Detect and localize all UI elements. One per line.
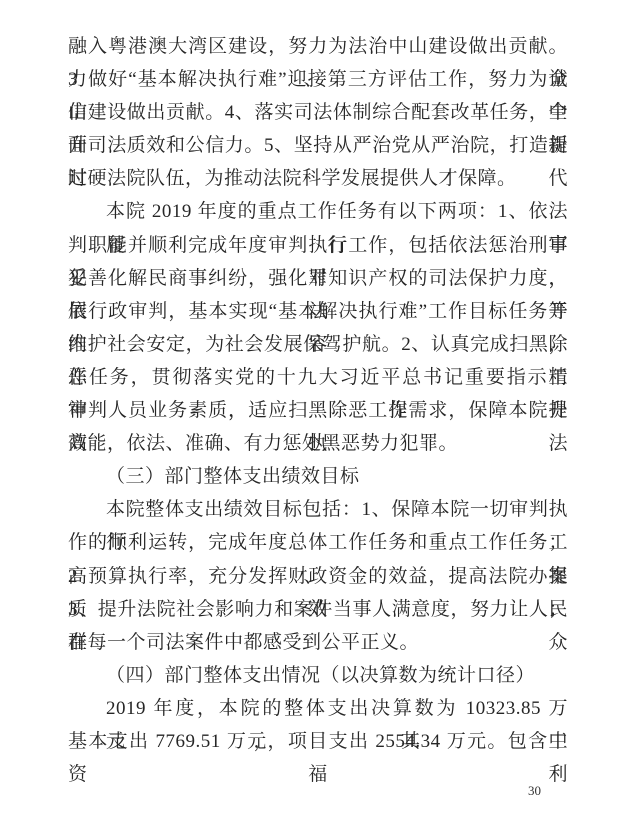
text-line: 判职能并顺利完成年度审判执行工作，包括依法惩治刑事犯罪，: [68, 229, 568, 262]
text-line: 作任务，贯彻落实党的十九大习近平总书记重要指示精神，提升: [68, 361, 568, 394]
text-line: 维护社会安定，为社会发展保驾护航。2、认真完成扫黑除恶工: [68, 328, 568, 361]
document-page: 融入粤港澳大湾区建设，努力为法治中山建设做出贡献。3、全力做好“基本解决执行难”…: [0, 0, 619, 840]
text-line: 3、提升法院社会影响力和案件当事人满意度，努力让人民群众: [68, 593, 568, 626]
text-line: 2019 年度，本院的整体支出决算数为 10323.85 万元，其中: [68, 692, 568, 725]
text-line: 妥善化解民商事纠纷，强化对知识产权的司法保护力度，依法开: [68, 262, 568, 295]
text-line: 基本支出 7769.51 万元，项目支出 2554.34 万元。包含工资福利: [68, 725, 568, 758]
page-number: 30: [528, 783, 541, 799]
section-heading: （三）部门整体支出绩效目标: [68, 460, 568, 493]
text-line: 作的顺利运转，完成年度总体工作任务和重点工作任务；2、提: [68, 526, 568, 559]
text-line: 山建设做出贡献。4、落实司法体制综合配套改革任务，全面提: [68, 96, 568, 129]
document-body: 融入粤港澳大湾区建设，努力为法治中山建设做出贡献。3、全力做好“基本解决执行难”…: [68, 30, 568, 758]
text-line: 高预算执行率，充分发挥财政资金的效益，提高法院办案质效；: [68, 560, 568, 593]
section-heading: （四）部门整体支出情况（以决算数为统计口径）: [68, 659, 568, 692]
text-line: 本院 2019 年度的重点工作任务有以下两项：1、依法履行审: [68, 195, 568, 228]
text-line: 融入粤港澳大湾区建设，努力为法治中山建设做出贡献。3、全: [68, 30, 568, 63]
text-line: 展行政审判，基本实现“基本解决执行难”工作目标任务等内容，: [68, 295, 568, 328]
text-line: 审判人员业务素质，适应扫黑除恶工作需求，保障本院提高执法: [68, 394, 568, 427]
text-line: 本院整体支出绩效目标包括：1、保障本院一切审判执行工: [68, 493, 568, 526]
text-line: 力做好“基本解决执行难”迎接第三方评估工作，努力为诚信中: [68, 63, 568, 96]
text-line: 过硬法院队伍，为推动法院科学发展提供人才保障。: [68, 162, 568, 195]
text-line: 升司法质效和公信力。5、坚持从严治党从严治院，打造新时代: [68, 129, 568, 162]
